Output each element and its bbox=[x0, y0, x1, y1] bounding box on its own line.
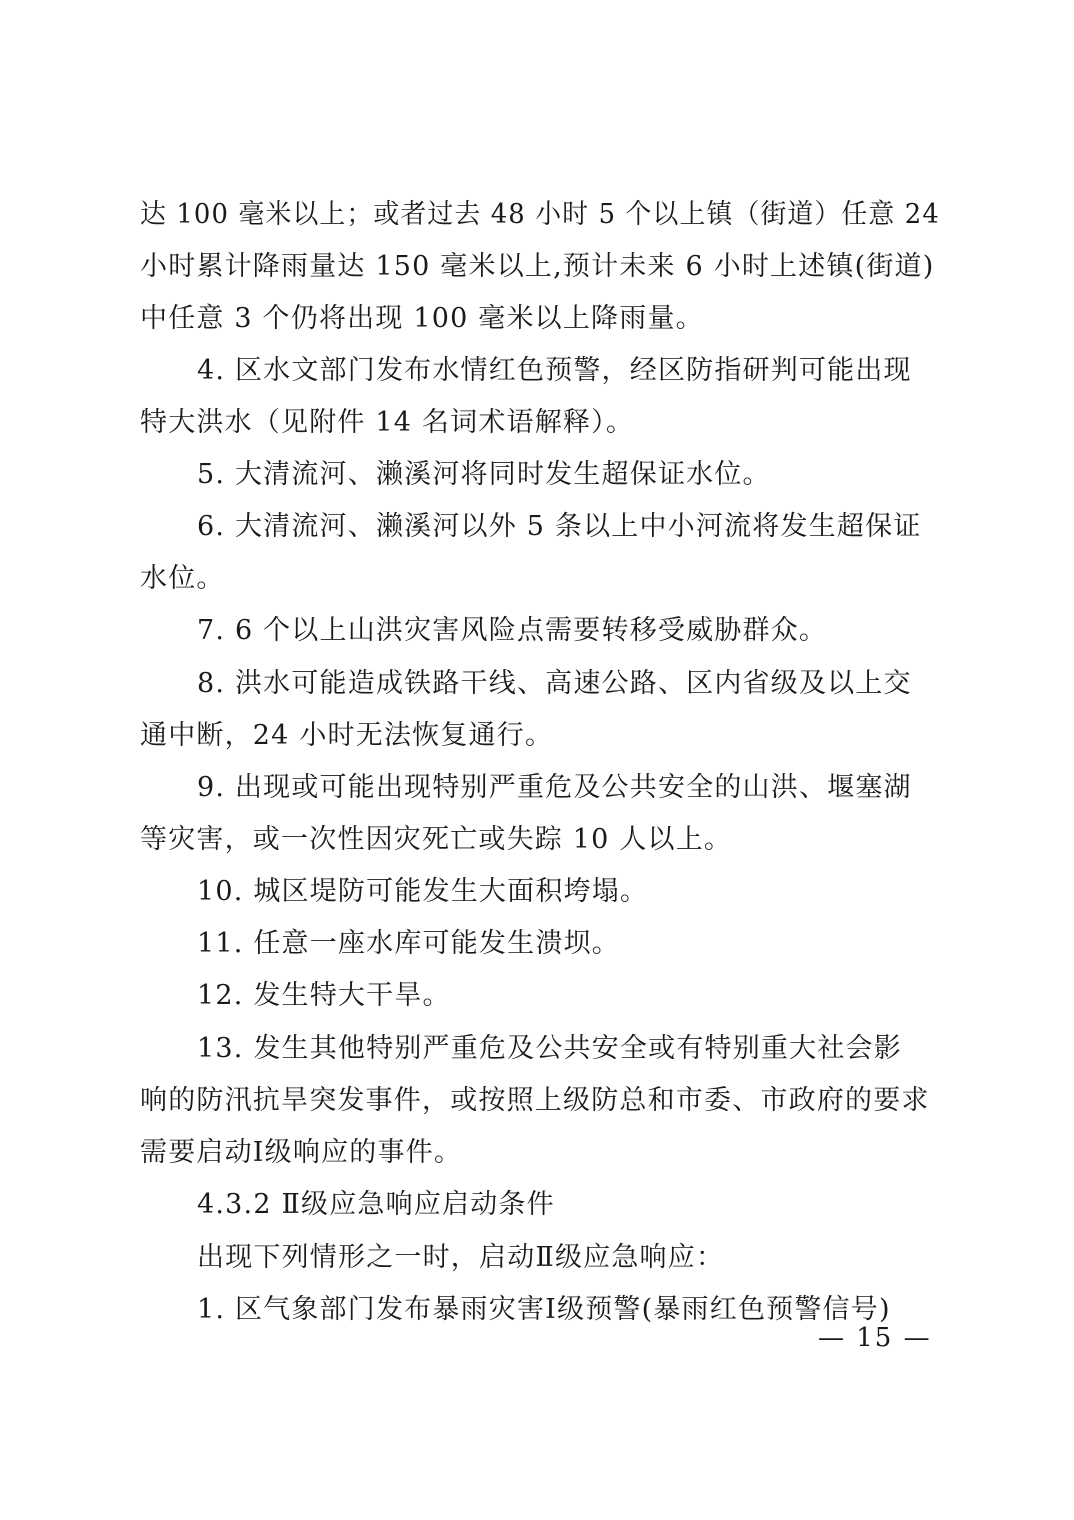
list-item-4: 4. 区水文部门发布水情红色预警，经区防指研判可能出现 bbox=[197, 353, 940, 389]
list-item-7: 7. 6 个以上山洪灾害风险点需要转移受威胁群众。 bbox=[197, 613, 940, 649]
list-item-10: 10. 城区堤防可能发生大面积垮塌。 bbox=[197, 874, 940, 910]
document-page: 达 100 毫米以上；或者过去 48 小时 5 个以上镇（街道）任意 24 小时… bbox=[0, 0, 1074, 1520]
text-line: 响的防汛抗旱突发事件，或按照上级防总和市委、市政府的要求 bbox=[140, 1083, 940, 1119]
text-line: 中任意 3 个仍将出现 100 毫米以上降雨量。 bbox=[140, 301, 940, 337]
text-line: 达 100 毫米以上；或者过去 48 小时 5 个以上镇（街道）任意 24 bbox=[140, 197, 906, 233]
text-line: 等灾害，或一次性因灾死亡或失踪 10 人以上。 bbox=[140, 822, 940, 858]
text-line: 水位。 bbox=[140, 561, 940, 597]
list-item-13: 13. 发生其他特别严重危及公共安全或有特别重大社会影 bbox=[197, 1031, 940, 1067]
section-heading: 4.3.2 Ⅱ级应急响应启动条件 bbox=[197, 1187, 940, 1223]
list-item-6: 6. 大清流河、濑溪河以外 5 条以上中小河流将发生超保证 bbox=[197, 509, 940, 545]
list-item-9: 9. 出现或可能出现特别严重危及公共安全的山洪、堰塞湖 bbox=[197, 770, 940, 806]
text-line: 出现下列情形之一时，启动Ⅱ级应急响应： bbox=[197, 1240, 940, 1276]
text-line: 特大洪水（见附件 14 名词术语解释）。 bbox=[140, 405, 940, 441]
list-item-11: 11. 任意一座水库可能发生溃坝。 bbox=[197, 926, 940, 962]
page-number: — 15 — bbox=[818, 1320, 932, 1356]
text-line: 需要启动Ⅰ级响应的事件。 bbox=[140, 1135, 940, 1171]
text-line: 小时累计降雨量达 150 毫米以上,预计未来 6 小时上述镇(街道) bbox=[140, 249, 940, 285]
list-item-12: 12. 发生特大干旱。 bbox=[197, 978, 940, 1014]
list-item-5: 5. 大清流河、濑溪河将同时发生超保证水位。 bbox=[197, 457, 940, 493]
list-item-8: 8. 洪水可能造成铁路干线、高速公路、区内省级及以上交 bbox=[197, 666, 940, 702]
text-line: 通中断，24 小时无法恢复通行。 bbox=[140, 718, 940, 754]
